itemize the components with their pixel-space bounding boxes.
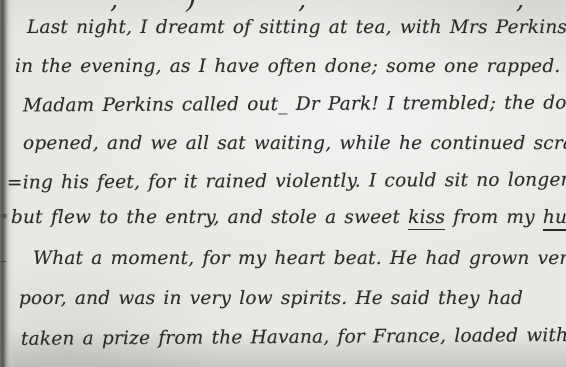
text-segment: Last night, I dreamt of sitting at tea, … <box>27 17 566 38</box>
margin-mark: – <box>0 254 7 269</box>
manuscript-line: opened, and we all sat waiting, while he… <box>0 133 566 154</box>
handwritten-text-block: Last night, I dreamt of sitting at tea, … <box>0 0 566 367</box>
manuscript-line: poor, and was in very low spirits. He sa… <box>0 288 566 309</box>
cropped-line-fragment: , <box>298 0 306 15</box>
margin-mark: * <box>1 212 8 227</box>
manuscript-line: but flew to the entry, and stole a sweet… <box>0 207 566 228</box>
text-segment: taken a prize from the Havana, for Franc… <box>21 325 566 350</box>
manuscript-line: What a moment, for my heart beat. He had… <box>0 248 566 269</box>
text-segment: What a moment, for my heart beat. He had… <box>33 248 566 269</box>
text-segment: poor, and was in very low spirits. He sa… <box>19 288 523 309</box>
text-segment: opened, and we all sat waiting, while he… <box>23 133 566 154</box>
underlined-word: kiss <box>408 207 445 230</box>
manuscript-line: in the evening, as I have often done; so… <box>0 56 566 77</box>
text-segment: but flew to the entry, and stole a sweet <box>11 207 408 228</box>
underlined-word: husband <box>543 207 566 231</box>
cropped-line-fragment: , <box>516 0 524 15</box>
text-segment: =ing his feet, for it rained violently. … <box>7 169 566 193</box>
text-segment: in the evening, as I have often done; so… <box>15 56 560 77</box>
manuscript-line: Last night, I dreamt of sitting at tea, … <box>0 17 566 38</box>
cropped-line-fragment: , <box>110 0 118 15</box>
manuscript-page: Last night, I dreamt of sitting at tea, … <box>0 0 566 367</box>
cropped-line-fragment: ) <box>186 0 196 15</box>
text-segment: Madam Perkins called out_ Dr Park! I tre… <box>23 92 566 116</box>
manuscript-line: taken a prize from the Havana, for Franc… <box>0 325 566 350</box>
text-segment: from my <box>445 207 543 228</box>
manuscript-line: =ing his feet, for it rained violently. … <box>0 170 566 194</box>
manuscript-line: Madam Perkins called out_ Dr Park! I tre… <box>0 93 566 117</box>
